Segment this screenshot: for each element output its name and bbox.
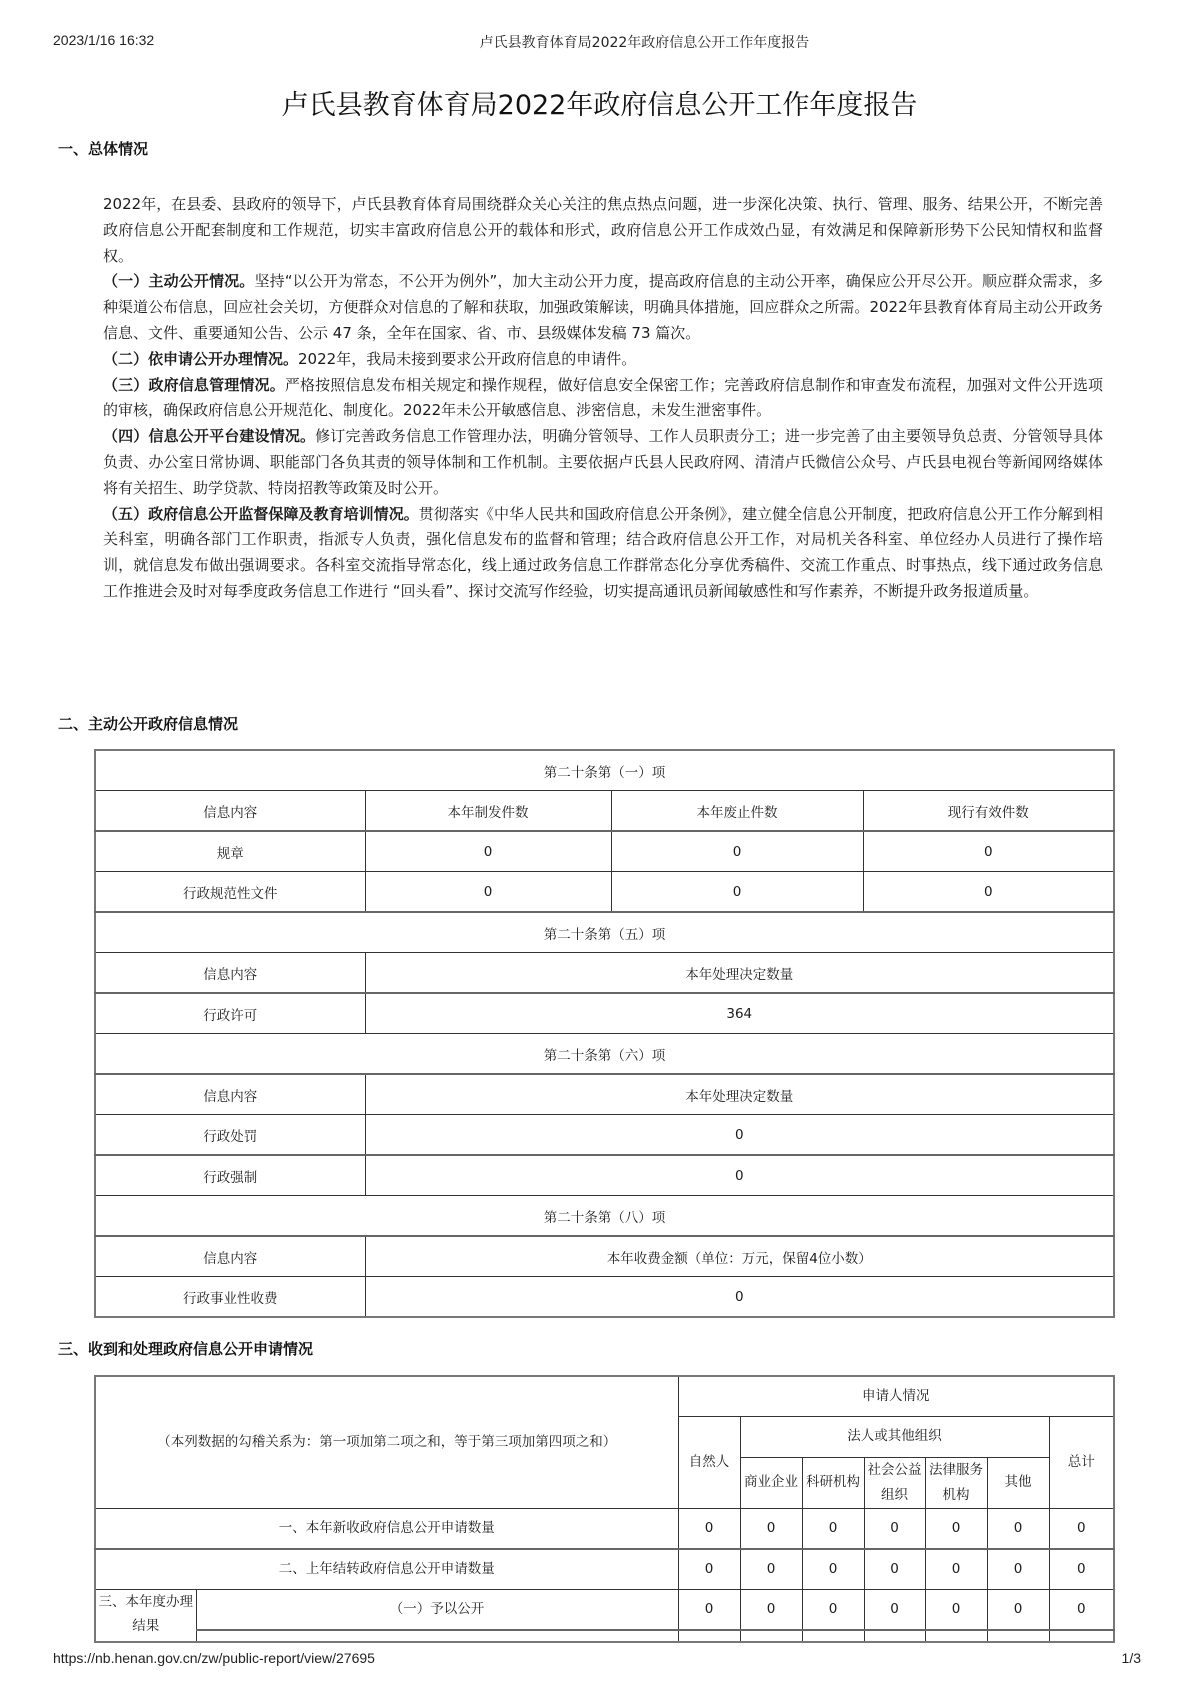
table-header-row: 信息内容 本年制发件数 本年废止件数 现行有效件数 xyxy=(95,791,1114,832)
cell-value: 0 xyxy=(365,1155,1114,1196)
cell-value: 0 xyxy=(925,1549,987,1590)
column-header: 信息内容 xyxy=(95,1236,365,1277)
table-row: 行政许可 364 xyxy=(95,993,1114,1034)
cell-value xyxy=(987,1630,1049,1642)
cell-value xyxy=(864,1630,925,1642)
column-header-natural-person: 自然人 xyxy=(678,1417,740,1509)
table-header-row: 信息内容 本年收费金额（单位：万元，保留4位小数） xyxy=(95,1236,1114,1277)
column-header-commercial: 商业企业 xyxy=(740,1457,802,1508)
column-header: 信息内容 xyxy=(95,791,365,832)
cell-value xyxy=(1049,1630,1114,1642)
cell-value: 0 xyxy=(611,831,863,872)
cell-value: 364 xyxy=(365,993,1114,1034)
cell-value: 0 xyxy=(864,1589,925,1630)
table-row: 行政处罚 0 xyxy=(95,1115,1114,1156)
table-header-row: 信息内容 本年处理决定数量 xyxy=(95,1074,1114,1115)
paragraph-lead: （五）政府信息公开监督保障及教育培训情况。 xyxy=(103,505,419,523)
row-label: 行政强制 xyxy=(95,1155,365,1196)
item5-title: 第二十条第（五）项 xyxy=(95,912,1114,953)
cell-value: 0 xyxy=(987,1589,1049,1630)
cell-value: 0 xyxy=(987,1549,1049,1590)
row-label: 行政处罚 xyxy=(95,1115,365,1156)
section3-heading: 三、收到和处理政府信息公开申请情况 xyxy=(58,1338,313,1359)
table-row: 三、本年度办理结果 （一）予以公开 0 0 0 0 0 0 0 xyxy=(95,1589,1114,1630)
cell-value: 0 xyxy=(1049,1589,1114,1630)
row-label: 二、上年结转政府信息公开申请数量 xyxy=(95,1549,678,1590)
table-row: 第二十条第（八）项 xyxy=(95,1196,1114,1237)
column-header: 信息内容 xyxy=(95,953,365,994)
table-row: 一、本年新收政府信息公开申请数量 0 0 0 0 0 0 0 xyxy=(95,1508,1114,1549)
cell-value: 0 xyxy=(611,872,863,913)
applicant-header: 申请人情况 xyxy=(678,1376,1114,1417)
row-label: 行政许可 xyxy=(95,993,365,1034)
cell-value: 0 xyxy=(925,1508,987,1549)
section1-paragraph-3: （三）政府信息管理情况。严格按照信息发布相关规定和操作规程，做好信息安全保密工作… xyxy=(103,373,1103,425)
item8-title: 第二十条第（八）项 xyxy=(95,1196,1114,1237)
table-row-cut xyxy=(95,1630,1114,1642)
column-header-public-welfare: 社会公益组织 xyxy=(864,1457,925,1508)
table-row: 行政事业性收费 0 xyxy=(95,1277,1114,1318)
table-row: 第二十条第（五）项 xyxy=(95,912,1114,953)
column-header: 本年制发件数 xyxy=(365,791,611,832)
document-title: 卢氏县教育体育局2022年政府信息公开工作年度报告 xyxy=(0,83,1199,122)
section1-intro: 2022年，在县委、县政府的领导下，卢氏县教育体育局围绕群众关心关注的焦点热点问… xyxy=(103,192,1103,269)
table-row: 行政规范性文件 0 0 0 xyxy=(95,872,1114,913)
section1-paragraph-1: （一）主动公开情况。坚持“以公开为常态，不公开为例外”，加大主动公开力度，提高政… xyxy=(103,269,1103,346)
column-header: 本年处理决定数量 xyxy=(365,953,1114,994)
cell-value: 0 xyxy=(678,1589,740,1630)
table-header-row: 信息内容 本年处理决定数量 xyxy=(95,953,1114,994)
cell-value: 0 xyxy=(863,831,1114,872)
cell-value: 0 xyxy=(740,1589,802,1630)
print-footer-page-number: 1/3 xyxy=(1122,1650,1141,1666)
section1-paragraph-5: （五）政府信息公开监督保障及教育培训情况。贯彻落实《中华人民共和国政府信息公开条… xyxy=(103,502,1103,605)
cell-value: 0 xyxy=(740,1549,802,1590)
column-header: 现行有效件数 xyxy=(863,791,1114,832)
cell-value: 0 xyxy=(1049,1508,1114,1549)
table-row: 行政强制 0 xyxy=(95,1155,1114,1196)
row-label: 规章 xyxy=(95,831,365,872)
cell-value xyxy=(678,1630,740,1642)
item6-title: 第二十条第（六）项 xyxy=(95,1034,1114,1075)
cell-value: 0 xyxy=(365,872,611,913)
column-header: 信息内容 xyxy=(95,1074,365,1115)
table-row: 第二十条第（六）项 xyxy=(95,1034,1114,1075)
cell-value: 0 xyxy=(802,1589,864,1630)
proactive-disclosure-table: 第二十条第（一）项 信息内容 本年制发件数 本年废止件数 现行有效件数 规章 0… xyxy=(94,749,1115,1318)
paragraph-lead: （四）信息公开平台建设情况。 xyxy=(103,427,315,445)
cell-value: 0 xyxy=(863,872,1114,913)
column-header: 本年收费金额（单位：万元，保留4位小数） xyxy=(365,1236,1114,1277)
reconciliation-note: （本列数据的勾稽关系为：第一项加第二项之和，等于第三项加第四项之和） xyxy=(95,1376,678,1508)
column-header-other: 其他 xyxy=(987,1457,1049,1508)
cell-value: 0 xyxy=(365,1277,1114,1318)
column-header-total: 总计 xyxy=(1049,1417,1114,1509)
cell-value: 0 xyxy=(365,1115,1114,1156)
paragraph-lead: （一）主动公开情况。 xyxy=(103,272,254,290)
table-row: 第二十条第（一）项 xyxy=(95,750,1114,791)
cell-value: 0 xyxy=(678,1549,740,1590)
cell-value: 0 xyxy=(802,1549,864,1590)
item1-title: 第二十条第（一）项 xyxy=(95,750,1114,791)
column-header-legal-group: 法人或其他组织 xyxy=(740,1417,1049,1458)
application-handling-table: （本列数据的勾稽关系为：第一项加第二项之和，等于第三项加第四项之和） 申请人情况… xyxy=(94,1375,1115,1643)
section1-body: 2022年，在县委、县政府的领导下，卢氏县教育体育局围绕群众关心关注的焦点热点问… xyxy=(103,192,1103,605)
row-label xyxy=(196,1630,678,1642)
cell-value xyxy=(740,1630,802,1642)
print-header-title: 卢氏县教育体育局2022年政府信息公开工作年度报告 xyxy=(0,32,1199,52)
cell-value: 0 xyxy=(740,1508,802,1549)
cell-value: 0 xyxy=(678,1508,740,1549)
cell-value: 0 xyxy=(365,831,611,872)
section2-heading: 二、主动公开政府信息情况 xyxy=(58,713,238,734)
paragraph-text: 2022年，我局未接到要求公开政府信息的申请件。 xyxy=(298,350,636,368)
row-label: 一、本年新收政府信息公开申请数量 xyxy=(95,1508,678,1549)
cell-value: 0 xyxy=(864,1508,925,1549)
table-header-row: （本列数据的勾稽关系为：第一项加第二项之和，等于第三项加第四项之和） 申请人情况 xyxy=(95,1376,1114,1417)
cell-value: 0 xyxy=(802,1508,864,1549)
cell-value: 0 xyxy=(987,1508,1049,1549)
column-header: 本年处理决定数量 xyxy=(365,1074,1114,1115)
result-group-label: 三、本年度办理结果 xyxy=(95,1589,196,1642)
table-row: 规章 0 0 0 xyxy=(95,831,1114,872)
row-label: （一）予以公开 xyxy=(196,1589,678,1630)
paragraph-lead: （二）依申请公开办理情况。 xyxy=(103,350,298,368)
cell-value xyxy=(802,1630,864,1642)
cell-value xyxy=(925,1630,987,1642)
cell-value: 0 xyxy=(925,1589,987,1630)
cell-value: 0 xyxy=(1049,1549,1114,1590)
cell-value: 0 xyxy=(864,1549,925,1590)
table-row: 二、上年结转政府信息公开申请数量 0 0 0 0 0 0 0 xyxy=(95,1549,1114,1590)
column-header: 本年废止件数 xyxy=(611,791,863,832)
section1-paragraph-4: （四）信息公开平台建设情况。修订完善政务信息工作管理办法，明确分管领导、工作人员… xyxy=(103,424,1103,501)
column-header-research: 科研机构 xyxy=(802,1457,864,1508)
section1-heading: 一、总体情况 xyxy=(58,138,148,159)
section1-paragraph-2: （二）依申请公开办理情况。2022年，我局未接到要求公开政府信息的申请件。 xyxy=(103,347,1103,373)
column-header-legal-service: 法律服务机构 xyxy=(925,1457,987,1508)
print-footer-url: https://nb.henan.gov.cn/zw/public-report… xyxy=(53,1650,375,1666)
paragraph-lead: （三）政府信息管理情况。 xyxy=(103,376,285,394)
row-label: 行政事业性收费 xyxy=(95,1277,365,1318)
row-label: 行政规范性文件 xyxy=(95,872,365,913)
